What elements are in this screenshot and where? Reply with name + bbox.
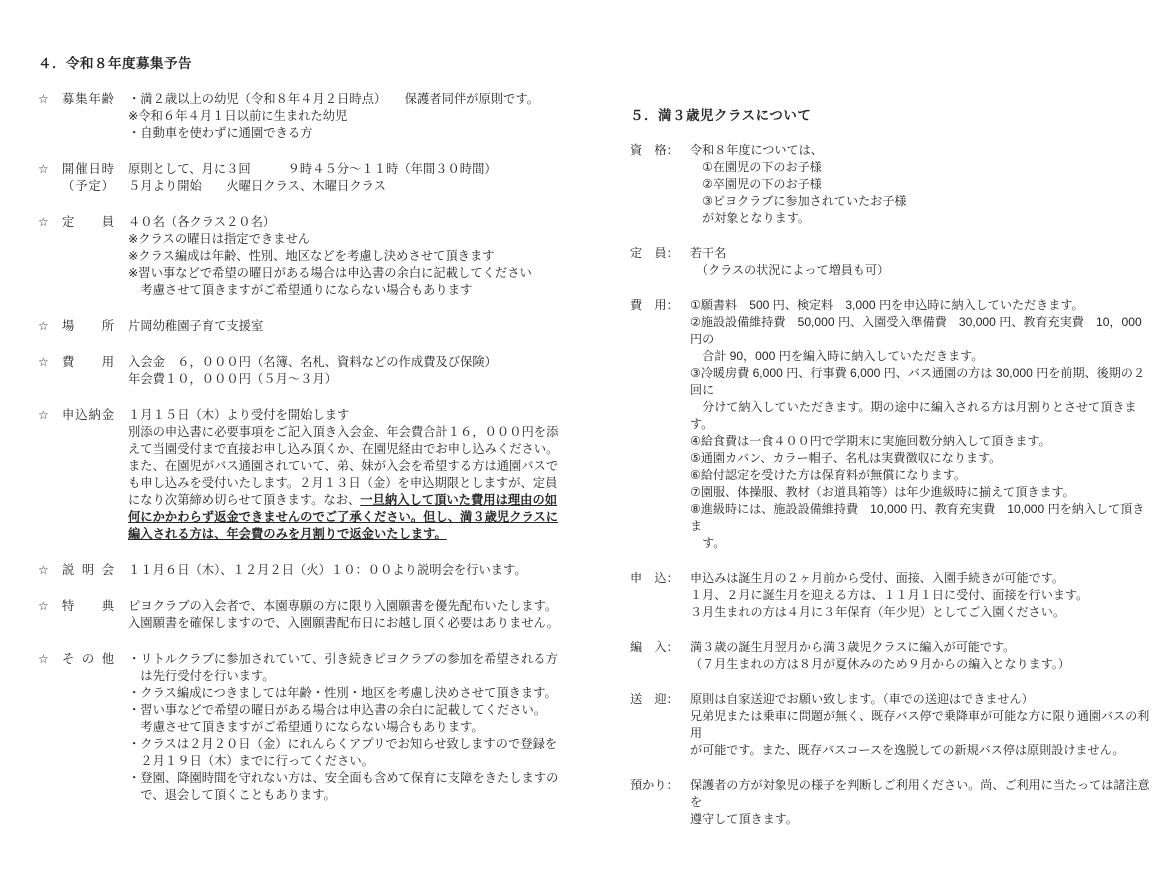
text-run: で、退会して頂くこともあります。 <box>128 788 336 802</box>
text-run: また、在園児がバス通園されていて、弟、妹が入会を希望する方は通園バスで <box>128 459 558 473</box>
text-run: １月、２月に誕生月を迎える方は、１１月１日に受付、面接を行います。 <box>690 588 1088 602</box>
text-run: 合計 90，000 円を編入時に納入していただきます。 <box>690 349 983 363</box>
text-run: になり次第締め切らせて頂きます。なお、 <box>128 493 360 507</box>
right-section: 資 格：令和８年度については、 ①在園児の下のお子様 ②卒園児の下のお子様 ③ピ… <box>630 142 1152 227</box>
section-content: 入会金 ６，０００円（名簿、名札、資料などの作成費及び保険）年会費１０，０００円… <box>128 354 603 388</box>
star-icon: ☆ <box>38 214 62 231</box>
text-run: ・満２歳以上の幼児（令和８年４月２日時点） 保護者同伴が原則です。 <box>128 92 539 106</box>
section-content: ４０名（各クラス２０名）※クラスの曜日は指定できません※クラス編成は年齢、性別、… <box>128 214 603 299</box>
text-line: 満３歳の誕生月翌月から満３歳児クラスに編入が可能です。 <box>690 639 1152 656</box>
section-label: 申込納金 <box>62 407 128 424</box>
right-section: 送 迎：原則は自家送迎でお願い致します。（車での送迎はできません）兄弟児または乗… <box>630 691 1152 759</box>
left-section: ☆開催日時（予定）原則として、月に３回 ９時４５分～１１時（年間３０時間）５月よ… <box>38 161 603 195</box>
section-label-line: 開催日時 <box>62 161 114 178</box>
text-run: ※クラスの曜日は指定できません <box>128 232 310 246</box>
section-label-line: 申込納金 <box>62 407 114 424</box>
right-section: 預かり：保護者の方が対象児の様子を判断しご利用ください。尚、ご利用に当たっては諸… <box>630 777 1152 828</box>
text-line: 原則として、月に３回 ９時４５分～１１時（年間３０時間） <box>128 161 603 178</box>
text-line: ※クラスの曜日は指定できません <box>128 231 603 248</box>
text-line: 遵守して頂きます。 <box>690 811 1152 828</box>
text-run: （クラスの状況によって増員も可） <box>690 263 889 277</box>
section-content: 原則として、月に３回 ９時４５分～１１時（年間３０時間）５月より開始 火曜日クラ… <box>128 161 603 195</box>
section-content: 申込みは誕生月の２ヶ月前から受付、面接、入園手続きが可能です。１月、２月に誕生月… <box>690 570 1152 621</box>
text-run: 原則として、月に３回 ９時４５分～１１時（年間３０時間） <box>128 162 497 176</box>
emphasized-text-run: 何にかかわらず返金できませんのでご了承ください。但し、満３歳児クラスに <box>128 510 558 524</box>
text-line: も申し込みを受付いたします。２月１３日（金）を申込期限としますが、定員 <box>128 475 603 492</box>
text-run: ３月生まれの方は４月に３年保育（年少児）としてご入園ください。 <box>690 605 1065 619</box>
section-label: 預かり： <box>630 777 690 794</box>
text-line: ※クラス編成は年齢、性別、地区などを考慮し決めさせて頂きます <box>128 248 603 265</box>
section-label: 費用 <box>62 354 128 371</box>
text-line: で、退会して頂くこともあります。 <box>128 787 603 804</box>
right-section: 編 入：満３歳の誕生月翌月から満３歳児クラスに編入が可能です。（７月生まれの方は… <box>630 639 1152 673</box>
text-line: ・クラスは２月２０日（金）にれんらくアプリでお知らせ致しますので登録を <box>128 736 603 753</box>
text-line: す。 <box>690 535 1152 552</box>
text-line: ・クラス編成につきましては年齢・性別・地区を考慮し決めさせて頂きます。 <box>128 685 603 702</box>
text-line: ⑤通園カバン、カラー帽子、名札は実費徴収になります。 <box>690 450 1152 467</box>
section-5-title: ５．満３歳児クラスについて <box>630 104 1152 124</box>
section-recruitment-preview: ４．令和８年度募集予告 ☆募集年齢・満２歳以上の幼児（令和８年４月２日時点） 保… <box>38 52 603 804</box>
text-line: ※習い事などで希望の曜日がある場合は申込書の余白に記載してください <box>128 265 603 282</box>
text-run: 兄弟児または乗車に問題が無く、既存バス停で乗降車が可能な方に限り通園バスの利用 <box>690 709 1149 740</box>
text-line: １月、２月に誕生月を迎える方は、１１月１日に受付、面接を行います。 <box>690 587 1152 604</box>
section-4-title: ４．令和８年度募集予告 <box>38 52 603 72</box>
left-section: ☆その他・リトルクラブに参加されていて、引き続きピヨクラブの参加を希望される方 … <box>38 651 603 804</box>
left-section: ☆申込納金１月１５日（木）より受付を開始します別添の申込書に必要事項をご記入頂き… <box>38 407 603 543</box>
section-content: 若干名 （クラスの状況によって増員も可） <box>690 245 1152 279</box>
text-run: 令和８年度については、 <box>690 143 823 157</box>
star-icon: ☆ <box>38 651 62 668</box>
text-run: えて当園受付まで直接お申し込み頂くか、在園児経由でお申し込みください。 <box>128 442 558 456</box>
right-section: 定 員：若干名 （クラスの状況によって増員も可） <box>630 245 1152 279</box>
text-run: ②卒園児の下のお子様 <box>690 177 822 191</box>
section-label: 場所 <box>62 318 128 335</box>
text-run: ※令和６年４月１日以前に生まれた幼児 <box>128 109 347 123</box>
text-run: ①在園児の下のお子様 <box>690 160 822 174</box>
text-line: は先行受付を行います。 <box>128 668 603 685</box>
text-line: ・登園、降園時間を守れない方は、安全面も含めて保育に支障をきたしますの <box>128 770 603 787</box>
text-run: ５月より開始 火曜日クラス、木曜日クラス <box>128 179 386 193</box>
section-label-line: 場所 <box>62 318 114 335</box>
star-icon: ☆ <box>38 354 62 371</box>
section-content: ・リトルクラブに参加されていて、引き続きピヨクラブの参加を希望される方 は先行受… <box>128 651 603 804</box>
section-label-line: 募集年齢 <box>62 91 114 108</box>
section-content: １１月６日（木）、１２月２日（火）１０：００より説明会を行います。 <box>128 562 603 579</box>
section-content: 保護者の方が対象児の様子を判断しご利用ください。尚、ご利用に当たっては諸注意を遵… <box>690 777 1152 828</box>
text-run: が対象となります。 <box>690 211 810 225</box>
section-label: 開催日時（予定） <box>62 161 128 195</box>
text-line: ③冷暖房費 6,000 円、行事費 6,000 円、バス通園の方は 30,000… <box>690 365 1152 399</box>
text-run: ⑦園服、体操服、教材（お道具箱等）は年少進級時に揃えて頂きます。 <box>690 485 1075 499</box>
text-line: 考慮させて頂きますがご希望通りにならない場合もあります。 <box>128 719 603 736</box>
text-run: は先行受付を行います。 <box>128 669 275 683</box>
text-line: 合計 90，000 円を編入時に納入していただきます。 <box>690 348 1152 365</box>
section-label: 募集年齢 <box>62 91 128 108</box>
text-run: ⑤通園カバン、カラー帽子、名札は実費徴収になります。 <box>690 451 1001 465</box>
left-section: ☆説明会１１月６日（木）、１２月２日（火）１０：００より説明会を行います。 <box>38 562 603 579</box>
star-icon: ☆ <box>38 91 62 108</box>
text-line: 申込みは誕生月の２ヶ月前から受付、面接、入園手続きが可能です。 <box>690 570 1152 587</box>
text-line: また、在園児がバス通園されていて、弟、妹が入会を希望する方は通園バスで <box>128 458 603 475</box>
section-label: その他 <box>62 651 128 668</box>
section-content: ①願書料 500 円、検定料 3,000 円を申込時に納入していただきます。②施… <box>690 297 1152 552</box>
text-line: ・リトルクラブに参加されていて、引き続きピヨクラブの参加を希望される方 <box>128 651 603 668</box>
text-line: ③ピヨクラブに参加されていたお子様 <box>690 193 1152 210</box>
text-line: ピヨクラブの入会者で、本園専願の方に限り入園願書を優先配布いたします。 <box>128 598 603 615</box>
text-run: 考慮させて頂きますがご希望通りにならない場合もあります <box>128 283 472 297</box>
text-run: 原則は自家送迎でお願い致します。（車での送迎はできません） <box>690 692 1034 706</box>
text-run: 申込みは誕生月の２ヶ月前から受付、面接、入園手続きが可能です。 <box>690 571 1064 585</box>
text-line: １月１５日（木）より受付を開始します <box>128 407 603 424</box>
section-content: 原則は自家送迎でお願い致します。（車での送迎はできません）兄弟児または乗車に問題… <box>690 691 1152 759</box>
section-content: ピヨクラブの入会者で、本園専願の方に限り入園願書を優先配布いたします。入園願書を… <box>128 598 603 632</box>
section-content: 令和８年度については、 ①在園児の下のお子様 ②卒園児の下のお子様 ③ピヨクラブ… <box>690 142 1152 227</box>
text-run: 満３歳の誕生月翌月から満３歳児クラスに編入が可能です。 <box>690 640 1015 654</box>
text-line: 兄弟児または乗車に問題が無く、既存バス停で乗降車が可能な方に限り通園バスの利用 <box>690 708 1152 742</box>
text-line: 年会費１０，０００円（５月～３月） <box>128 371 603 388</box>
text-line: 何にかかわらず返金できませんのでご了承ください。但し、満３歳児クラスに <box>128 509 603 526</box>
text-run: ・習い事などで希望の曜日がある場合は申込書の余白に記載してください。 <box>128 703 546 717</box>
text-line: えて当園受付まで直接お申し込み頂くか、在園児経由でお申し込みください。 <box>128 441 603 458</box>
section-5-body: 資 格：令和８年度については、 ①在園児の下のお子様 ②卒園児の下のお子様 ③ピ… <box>630 142 1152 828</box>
text-line: ①在園児の下のお子様 <box>690 159 1152 176</box>
left-section: ☆募集年齢・満２歳以上の幼児（令和８年４月２日時点） 保護者同伴が原則です。※令… <box>38 91 603 142</box>
text-run: 若干名 <box>690 246 726 260</box>
text-line: 令和８年度については、 <box>690 142 1152 159</box>
text-run: ピヨクラブの入会者で、本園専願の方に限り入園願書を優先配布いたします。 <box>128 599 557 613</box>
text-run: ・クラス編成につきましては年齢・性別・地区を考慮し決めさせて頂きます。 <box>128 686 557 700</box>
document-page: ４．令和８年度募集予告 ☆募集年齢・満２歳以上の幼児（令和８年４月２日時点） 保… <box>0 0 1170 890</box>
section-label: 編 入： <box>630 639 690 656</box>
star-icon: ☆ <box>38 407 62 424</box>
text-line: ①願書料 500 円、検定料 3,000 円を申込時に納入していただきます。 <box>690 297 1152 314</box>
text-run: 入園願書を確保しますので、入園願書配布日にお越し頂く必要はありません。 <box>128 616 559 630</box>
right-section: 費 用：①願書料 500 円、検定料 3,000 円を申込時に納入していただきま… <box>630 297 1152 552</box>
text-run: ⑥給付認定を受けた方は保育料が無償になります。 <box>690 468 966 482</box>
text-line: １１月６日（木）、１２月２日（火）１０：００より説明会を行います。 <box>128 562 603 579</box>
text-run: も申し込みを受付いたします。２月１３日（金）を申込期限としますが、定員 <box>128 476 557 490</box>
section-label-line: その他 <box>62 651 114 668</box>
text-run: ４０名（各クラス２０名） <box>128 215 275 229</box>
text-line: ３月生まれの方は４月に３年保育（年少児）としてご入園ください。 <box>690 604 1152 621</box>
text-line: 考慮させて頂きますがご希望通りにならない場合もあります <box>128 282 603 299</box>
text-line: が可能です。また、既存バスコースを逸脱しての新規バス停は原則設けません。 <box>690 742 1152 759</box>
section-label: 定 員： <box>630 245 690 262</box>
left-section: ☆定員４０名（各クラス２０名）※クラスの曜日は指定できません※クラス編成は年齢、… <box>38 214 603 299</box>
text-run: ⑧進級時には、施設設備維持費 10,000 円、教育充実費 10,000 円を納… <box>690 502 1144 533</box>
star-icon: ☆ <box>38 562 62 579</box>
text-run: ③冷暖房費 6,000 円、行事費 6,000 円、バス通園の方は 30,000… <box>690 366 1145 397</box>
text-line: 入会金 ６，０００円（名簿、名札、資料などの作成費及び保険） <box>128 354 603 371</box>
text-line: になり次第締め切らせて頂きます。なお、一旦納入して頂いた費用は理由の如 <box>128 492 603 509</box>
text-line: ⑧進級時には、施設設備維持費 10,000 円、教育充実費 10,000 円を納… <box>690 501 1152 535</box>
text-line: ④給食費は一食４００円で学期末に実施回数分納入して頂きます。 <box>690 433 1152 450</box>
text-line: 別添の申込書に必要事項をご記入頂き入会金、年会費合計１６，０００円を添 <box>128 424 603 441</box>
text-line: ５月より開始 火曜日クラス、木曜日クラス <box>128 178 603 195</box>
section-content: 片岡幼稚園子育て支援室 <box>128 318 603 335</box>
section-label: 資 格： <box>630 142 690 159</box>
text-run: ２月１９日（木）までに行ってください。 <box>128 754 374 768</box>
text-line: ②卒園児の下のお子様 <box>690 176 1152 193</box>
text-run: 分けて納入していただきます。期の途中に編入される方は月割りとさせて頂きます。 <box>690 400 1137 431</box>
text-run: 年会費１０，０００円（５月～３月） <box>128 372 337 386</box>
section-label-line: 説明会 <box>62 562 114 579</box>
text-run: ④給食費は一食４００円で学期末に実施回数分納入して頂きます。 <box>690 434 1051 448</box>
text-line: （クラスの状況によって増員も可） <box>690 262 1152 279</box>
text-run: ※習い事などで希望の曜日がある場合は申込書の余白に記載してください <box>128 266 532 280</box>
text-line: ４０名（各クラス２０名） <box>128 214 603 231</box>
star-icon: ☆ <box>38 161 62 178</box>
text-line: （７月生まれの方は８月が夏休みのため９月からの編入となります。） <box>690 656 1152 673</box>
star-icon: ☆ <box>38 318 62 335</box>
text-line: が対象となります。 <box>690 210 1152 227</box>
text-run: 保護者の方が対象児の様子を判断しご利用ください。尚、ご利用に当たっては諸注意を <box>690 778 1150 809</box>
text-run: ※クラス編成は年齢、性別、地区などを考慮し決めさせて頂きます <box>128 249 495 263</box>
text-run: 遵守して頂きます。 <box>690 812 798 826</box>
text-line: 保護者の方が対象児の様子を判断しご利用ください。尚、ご利用に当たっては諸注意を <box>690 777 1152 811</box>
text-run: す。 <box>690 536 725 550</box>
text-line: ・自動車を使わずに通園できる方 <box>128 125 603 142</box>
text-run: ・登園、降園時間を守れない方は、安全面も含めて保育に支障をきたしますの <box>128 771 558 785</box>
text-line: 入園願書を確保しますので、入園願書配布日にお越し頂く必要はありません。 <box>128 615 603 632</box>
text-line: 分けて納入していただきます。期の途中に編入される方は月割りとさせて頂きます。 <box>690 399 1152 433</box>
section-content: １月１５日（木）より受付を開始します別添の申込書に必要事項をご記入頂き入会金、年… <box>128 407 603 543</box>
left-section: ☆費用入会金 ６，０００円（名簿、名札、資料などの作成費及び保険）年会費１０，０… <box>38 354 603 388</box>
text-run: ①願書料 500 円、検定料 3,000 円を申込時に納入していただきます。 <box>690 298 1084 312</box>
section-label-line: 特典 <box>62 598 114 615</box>
text-run: ・自動車を使わずに通園できる方 <box>128 126 312 140</box>
text-run: 入会金 ６，０００円（名簿、名札、資料などの作成費及び保険） <box>128 355 497 369</box>
text-line: ２月１９日（木）までに行ってください。 <box>128 753 603 770</box>
section-label: 送 迎： <box>630 691 690 708</box>
section-label: 説明会 <box>62 562 128 579</box>
section-4-body: ☆募集年齢・満２歳以上の幼児（令和８年４月２日時点） 保護者同伴が原則です。※令… <box>38 91 603 804</box>
text-line: ・満２歳以上の幼児（令和８年４月２日時点） 保護者同伴が原則です。 <box>128 91 603 108</box>
star-icon: ☆ <box>38 598 62 615</box>
text-line: ⑥給付認定を受けた方は保育料が無償になります。 <box>690 467 1152 484</box>
emphasized-text-run: 編入される方は、年会費のみを月割りで返金いたします。 <box>128 527 447 541</box>
text-run: １１月６日（木）、１２月２日（火）１０：００より説明会を行います。 <box>128 563 527 577</box>
text-line: ②施設設備維持費 50,000 円、入園受入準備費 30,000 円、教育充実費… <box>690 314 1152 348</box>
text-run: ③ピヨクラブに参加されていたお子様 <box>690 194 906 208</box>
section-label: 費 用： <box>630 297 690 314</box>
text-line: 片岡幼稚園子育て支援室 <box>128 318 603 335</box>
text-line: ※令和６年４月１日以前に生まれた幼児 <box>128 108 603 125</box>
text-line: ・習い事などで希望の曜日がある場合は申込書の余白に記載してください。 <box>128 702 603 719</box>
section-label-line: 費用 <box>62 354 114 371</box>
right-section: 申 込：申込みは誕生月の２ヶ月前から受付、面接、入園手続きが可能です。１月、２月… <box>630 570 1152 621</box>
text-line: 原則は自家送迎でお願い致します。（車での送迎はできません） <box>690 691 1152 708</box>
section-label: 定員 <box>62 214 128 231</box>
emphasized-text-run: 一旦納入して頂いた費用は理由の如 <box>360 493 557 507</box>
text-run: 考慮させて頂きますがご希望通りにならない場合もあります。 <box>128 720 484 734</box>
text-run: が可能です。また、既存バスコースを逸脱しての新規バス停は原則設けません。 <box>690 743 1125 757</box>
left-section: ☆場所片岡幼稚園子育て支援室 <box>38 318 603 335</box>
text-run: １月１５日（木）より受付を開始します <box>128 408 349 422</box>
text-line: ⑦園服、体操服、教材（お道具箱等）は年少進級時に揃えて頂きます。 <box>690 484 1152 501</box>
section-content: 満３歳の誕生月翌月から満３歳児クラスに編入が可能です。（７月生まれの方は８月が夏… <box>690 639 1152 673</box>
section-label: 申 込： <box>630 570 690 587</box>
text-run: 別添の申込書に必要事項をご記入頂き入会金、年会費合計１６，０００円を添 <box>128 425 558 439</box>
section-label-line: （予定） <box>62 178 114 195</box>
text-run: （７月生まれの方は８月が夏休みのため９月からの編入となります。） <box>690 657 1070 671</box>
section-label-line: 定員 <box>62 214 114 231</box>
text-line: 編入される方は、年会費のみを月割りで返金いたします。 <box>128 526 603 543</box>
left-section: ☆特典ピヨクラブの入会者で、本園専願の方に限り入園願書を優先配布いたします。入園… <box>38 598 603 632</box>
text-run: ・リトルクラブに参加されていて、引き続きピヨクラブの参加を希望される方 <box>128 652 558 666</box>
text-run: ・クラスは２月２０日（金）にれんらくアプリでお知らせ致しますので登録を <box>128 737 557 751</box>
text-run: ②施設設備維持費 50,000 円、入園受入準備費 30,000 円、教育充実費… <box>690 315 1145 346</box>
section-content: ・満２歳以上の幼児（令和８年４月２日時点） 保護者同伴が原則です。※令和６年４月… <box>128 91 603 142</box>
text-run: 片岡幼稚園子育て支援室 <box>128 319 263 333</box>
section-label: 特典 <box>62 598 128 615</box>
section-age3-class: ５．満３歳児クラスについて 資 格：令和８年度については、 ①在園児の下のお子様… <box>630 104 1152 828</box>
text-line: 若干名 <box>690 245 1152 262</box>
